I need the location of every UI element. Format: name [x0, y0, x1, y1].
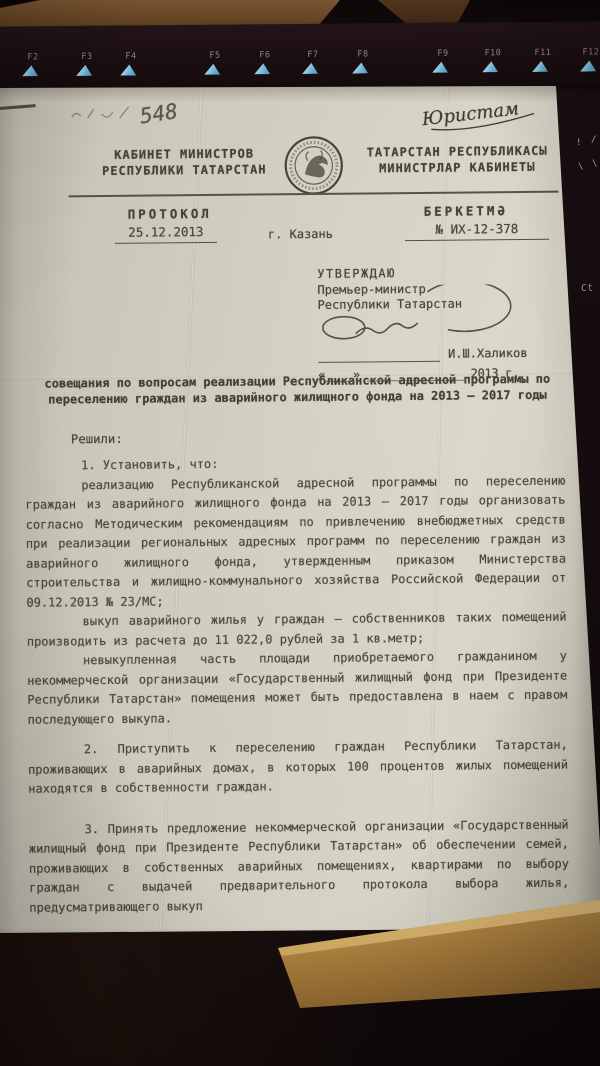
photo-scene: F2 F3 F4 F5 F6 F7 F8 F9 F10 F11 F12 ! / … — [0, 0, 600, 1066]
protocol-date: 25.12.2013 — [115, 224, 217, 244]
function-key: F3 — [72, 52, 102, 76]
keyboard: F2 F3 F4 F5 F6 F7 F8 F9 F10 F11 F12 — [0, 21, 600, 90]
key-glyph-icon — [22, 65, 38, 76]
protocol-label-ru: ПРОТОКОЛ — [128, 206, 212, 222]
key-label: F9 — [428, 49, 458, 59]
tatarstan-emblem-icon — [283, 135, 345, 197]
handwritten-number: 548 — [138, 99, 179, 128]
key-glyph-icon — [120, 64, 136, 75]
handwritten-note-left: 548 — [66, 92, 211, 131]
handwritten-word: Юристам — [420, 98, 520, 130]
key-symbol: \ — [578, 162, 583, 172]
function-key: F5 — [200, 51, 230, 75]
function-key: F9 — [428, 49, 458, 73]
key-glyph-icon — [432, 62, 448, 73]
key-label: F3 — [72, 52, 102, 62]
key-label: F4 — [116, 51, 146, 61]
document-paragraph: 2. Приступить к переселению граждан Респ… — [28, 736, 569, 800]
key-label: F12 — [576, 47, 600, 57]
document-paragraph: выкуп аварийного жилья у граждан – собст… — [27, 608, 567, 652]
signature-line — [318, 347, 440, 363]
signer-name: И.Ш.Халиков — [440, 345, 528, 361]
document-paragraph: реализацию Республиканской адресной прог… — [25, 471, 566, 613]
letterhead-right: ТАТАРСТАН РЕСПУБЛИКАСЫ МИНИСТРЛАР КАБИНЕ… — [348, 143, 566, 177]
key-glyph-icon — [204, 64, 220, 75]
function-key: F10 — [478, 48, 508, 72]
function-key: F2 — [18, 52, 48, 76]
document-body: 1. Установить, что: реализацию Республик… — [25, 452, 569, 918]
document-paragraph: 3. Принять предложение некоммерческой ор… — [29, 815, 570, 918]
key-label: F7 — [298, 50, 328, 60]
key-symbol: / — [591, 135, 596, 145]
key-glyph-icon — [302, 63, 318, 74]
key-glyph-icon — [352, 62, 368, 73]
key-glyph-icon — [76, 65, 92, 76]
function-key: F11 — [528, 48, 558, 72]
function-key: F4 — [116, 51, 146, 75]
key-glyph-icon — [482, 61, 498, 72]
partial-key-label: Ct — [581, 283, 593, 294]
handwritten-dash — [0, 104, 36, 110]
paper-document: 548 Юристам КАБИНЕТ МИНИСТРОВ РЕСПУБЛИКИ… — [0, 86, 600, 942]
key-label: F6 — [250, 50, 280, 60]
function-key: F7 — [298, 50, 328, 74]
function-key: F8 — [348, 49, 378, 73]
protocol-number: № ИХ-12-378 — [405, 221, 549, 241]
protocol-label-tt: БЕРКЕТМӘ — [424, 203, 508, 219]
key-glyph-icon — [580, 60, 596, 71]
function-key: F6 — [250, 50, 280, 74]
function-key: F12 — [576, 47, 600, 71]
key-glyph-icon — [254, 63, 270, 74]
handwritten-note-right: Юристам — [418, 93, 553, 134]
key-label: F2 — [18, 52, 48, 62]
key-symbol: ! — [576, 138, 581, 148]
letterhead-left-line2: РЕСПУБЛИКИ ТАТАРСТАН — [62, 161, 306, 179]
key-label: F11 — [528, 48, 558, 58]
document-paragraph: невыкупленная часть площади приобретаемо… — [27, 647, 568, 730]
key-label: F10 — [478, 48, 508, 58]
signature — [315, 284, 521, 344]
letterhead-left: КАБИНЕТ МИНИСТРОВ РЕСПУБЛИКИ ТАТАРСТАН — [62, 145, 306, 179]
document-title: совещания по вопросам реализации Республ… — [26, 372, 568, 409]
letterhead-right-line2: МИНИСТРЛАР КАБИНЕТЫ — [348, 159, 566, 177]
key-glyph-icon — [532, 61, 548, 72]
key-label: F5 — [200, 51, 230, 61]
resolved-label: Решили: — [71, 432, 123, 446]
protocol-city: г. Казань — [268, 227, 333, 242]
key-label: F8 — [348, 49, 378, 59]
key-symbol: \ — [592, 159, 597, 169]
